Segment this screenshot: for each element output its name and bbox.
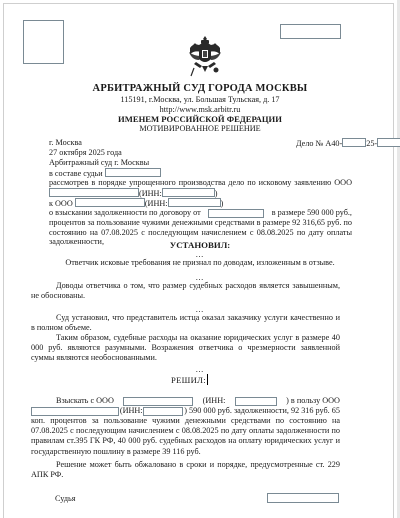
decided-line-2: (ИНН: ) 590 000 руб. задолженности, 92 3… [31, 406, 340, 416]
city: г. Москва [49, 138, 82, 148]
coat-of-arms-icon [186, 34, 224, 78]
redacted-judge-name [105, 168, 161, 177]
established-p2: Доводы ответчика о том, что размер судеб… [31, 281, 340, 301]
redacted-plaintiff-inn [162, 188, 215, 197]
redacted-case-part-1 [342, 138, 366, 147]
redacted-defendant-inn [168, 198, 221, 207]
in-favor-of: ) в пользу ООО [286, 396, 340, 406]
decision-type: МОТИВИРОВАННОЕ РЕШЕНИЕ [0, 124, 400, 134]
decided-line-1: Взыскать с ООО (ИНН: ) в пользу ООО [31, 396, 340, 406]
established-p3: Суд установил, что представитель истца о… [31, 313, 340, 333]
redacted-plaintiff-name-2 [31, 407, 119, 416]
in-name-of-federation: ИМЕНЕМ РОССИЙСКОЙ ФЕДЕРАЦИИ [0, 114, 400, 124]
inn-label: (ИНН: [203, 396, 226, 406]
established-p1: Ответчик исковые требования не признал п… [0, 258, 400, 268]
inn-label: (ИНН: [145, 199, 168, 208]
decision-date: 27 октября 2025 года [49, 148, 122, 158]
recover-from: Взыскать с ООО [31, 396, 114, 406]
redacted-case-part-2 [377, 138, 400, 147]
redacted-stamp-box [23, 20, 64, 64]
redacted-plaintiff-inn-2 [143, 407, 183, 416]
redacted-defendant-name [75, 198, 145, 207]
paren: ) [221, 199, 224, 208]
case-label: Дело № А40- [296, 139, 342, 148]
debt-amounts: ) 590 000 руб. задолженности, 92 316 руб… [184, 406, 340, 416]
claim-text-b: в размере 590 000 руб., [272, 208, 352, 218]
text-cursor [207, 374, 208, 385]
court-name: АРБИТРАЖНЫЙ СУД ГОРОДА МОСКВЫ [0, 83, 400, 94]
court-address: 115191, г.Москва, ул. Большая Тульская, … [0, 95, 400, 105]
decided-rest: коп. процентов за пользование чужими ден… [31, 416, 340, 457]
redacted-plaintiff-name [49, 188, 139, 197]
ellipsis: … [0, 367, 400, 373]
redacted-defendant-inn-2 [235, 397, 277, 406]
intro-proceeding: рассмотрев в порядке упрощенного произво… [49, 178, 352, 188]
inn-label: (ИНН: [120, 406, 143, 416]
interest-line: процентов за пользование чужими денежным… [49, 218, 352, 228]
case-number: Дело № А40-25- [296, 138, 400, 149]
claim-text-a: о взыскании задолженности по договору от [49, 208, 201, 218]
redacted-contract-date [208, 209, 264, 218]
decided-heading-text: РЕШИЛ: [171, 375, 206, 385]
judge-signature-label: Судья [55, 494, 76, 504]
paren: ) [215, 189, 218, 198]
appeal-notice: Решение может быть обжаловано в сроки и … [31, 460, 340, 480]
case-mid: 25- [366, 139, 377, 148]
inn-label: (ИНН: [139, 189, 162, 198]
redacted-defendant-name-2 [123, 397, 193, 406]
redacted-judge-signature [267, 493, 339, 503]
established-p4: Таким образом, судебные расходы на оказа… [31, 333, 340, 364]
intro-court: Арбитражный суд г. Москвы [49, 158, 149, 168]
judge-label: в составе судьи [49, 169, 103, 178]
decided-heading: РЕШИЛ: [171, 374, 208, 385]
claim-line: о взыскании задолженности по договору от… [49, 208, 352, 218]
redacted-barcode-box [280, 24, 341, 39]
defendant-prefix: к ООО [49, 199, 73, 208]
established-heading: УСТАНОВИЛ: [0, 240, 400, 250]
